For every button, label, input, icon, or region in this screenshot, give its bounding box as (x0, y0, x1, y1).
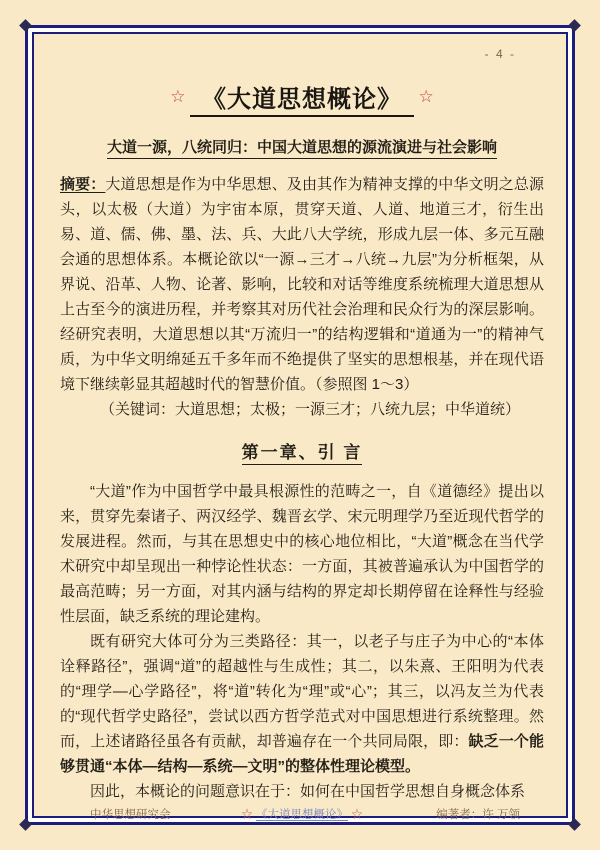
document-title: 《大道思想概论》 (190, 86, 414, 117)
document-subtitle: 大道一源，八统同归：中国大道思想的源流演进与社会影响 (60, 137, 544, 159)
abstract-body: 大道思想是作为中华思想、及由其作为精神支撑的中华文明之总源头，以太极（大道）为宇… (60, 176, 544, 393)
page-footer: 中华思想研究会 ☆ 《大道思想概论》 ☆ 编著者：许 万领 (60, 804, 544, 828)
chapter-heading: 第一章、引 言 (60, 440, 544, 466)
footer-title-text: 《大道思想概论》 (256, 809, 348, 821)
star-icon: ☆ (241, 809, 253, 821)
body-paragraph: 既有研究大体可分为三类路径：其一，以老子与庄子为中心的“本体诠释路径”，强调“道… (60, 629, 544, 779)
corner-ornament (568, 818, 581, 831)
document-subtitle-text: 大道一源，八统同归：中国大道思想的源流演进与社会影响 (107, 139, 497, 159)
corner-ornament (19, 19, 32, 32)
star-icon: ☆ (170, 87, 185, 106)
abstract-label: 摘要： (60, 176, 105, 193)
corner-ornament (568, 19, 581, 32)
star-icon: ☆ (351, 809, 363, 821)
page-inner-frame: - 4 - ☆ 《大道思想概论》 ☆ 大道一源，八统同归：中国大道思想的源流演进… (32, 32, 568, 818)
abstract-paragraph: 摘要：大道思想是作为中华思想、及由其作为精神支撑的中华文明之总源头，以太极（大道… (60, 172, 544, 397)
page-number: - 4 - (60, 46, 544, 62)
page-border-frame: - 4 - ☆ 《大道思想概论》 ☆ 大道一源，八统同归：中国大道思想的源流演进… (25, 25, 575, 825)
corner-ornament (19, 818, 32, 831)
body-paragraph: 因此，本概论的问题意识在于：如何在中国哲学思想自身概念体系 (60, 779, 544, 804)
chapter-heading-text: 第一章、引 言 (242, 443, 363, 465)
footer-book-title: ☆ 《大道思想概论》 ☆ (60, 808, 544, 823)
body-paragraph: “大道”作为中国哲学中最具根源性的范畴之一，自《道德经》提出以来，贯穿先秦诸子、… (60, 479, 544, 629)
page-content: - 4 - ☆ 《大道思想概论》 ☆ 大道一源，八统同归：中国大道思想的源流演进… (34, 34, 566, 816)
keywords-line: （关键词：大道思想；太极；一源三才；八统九层；中华道统） (60, 397, 544, 422)
document-title-row: ☆ 《大道思想概论》 ☆ (60, 80, 544, 120)
star-icon: ☆ (418, 87, 433, 106)
